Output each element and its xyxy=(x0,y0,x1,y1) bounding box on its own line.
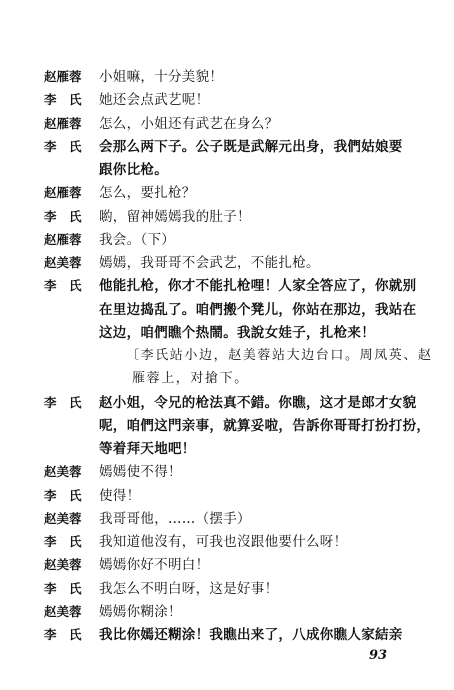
dialogue-text: 他能扎枪，你才不能扎枪哩！人家全答应了，你就别 xyxy=(99,275,416,297)
dialogue-text: 这边，咱們瞧个热鬧。我說女娃子，扎枪来！ xyxy=(99,322,375,344)
speaker-name: 赵雁蓉 xyxy=(44,229,94,251)
dialogue-text: 等着拜天地吧！ xyxy=(99,438,196,460)
speaker-name: 李 氏 xyxy=(44,578,94,600)
dialogue-text: 喲，留神嫣嫣我的肚子！ xyxy=(99,206,251,228)
dialogue-text: 在里边捣乱了。咱們搬个凳儿，你站在那边，我站在 xyxy=(99,299,416,321)
speaker-name: 李 氏 xyxy=(44,392,94,414)
dialogue-text: 嫣嫣你好不明白！ xyxy=(99,554,209,576)
dialogue-text: 怎么，小姐还有武艺在身么？ xyxy=(99,113,278,135)
dialogue-text: 会那么两下子。公子既是武解元出身，我們姑娘要 xyxy=(99,136,403,158)
speaker-name: 李 氏 xyxy=(44,206,94,228)
script-page: 赵雁蓉 小姐嘛，十分美貌！ 李 氏 她还会点武艺呢！ 赵雁蓉 怎么，小姐还有武艺… xyxy=(0,0,454,690)
speaker-name: 赵美蓉 xyxy=(44,554,94,576)
dialogue-text: 怎么，要扎枪？ xyxy=(99,182,196,204)
dialogue-text: 嫣嫣，我哥哥不会武艺，不能扎枪。 xyxy=(99,252,320,274)
dialogue-text: 跟你比枪。 xyxy=(99,159,168,181)
speaker-name: 李 氏 xyxy=(44,624,94,646)
dialogue-text: 赵小姐，令兄的枪法真不錯。你瞧，这才是郎才女貌 xyxy=(99,392,416,414)
speaker-name: 赵美蓉 xyxy=(44,601,94,623)
speaker-name: 赵雁蓉 xyxy=(44,113,94,135)
speaker-name: 李 氏 xyxy=(44,275,94,297)
dialogue-text: 我比你嫣还糊涂！我瞧出来了，八成你瞧人家結亲 xyxy=(99,624,403,646)
stage-direction-text: 〔李氏站小边，赵美蓉站大边台口。周凤英、赵 xyxy=(126,345,433,367)
dialogue-text: 我哥哥他，……（摆手） xyxy=(99,508,251,530)
dialogue-text: 我知道他沒有，可我也沒跟他要什么呀！ xyxy=(99,531,347,553)
speaker-name: 李 氏 xyxy=(44,485,94,507)
speaker-name: 李 氏 xyxy=(44,531,94,553)
dialogue-text: 我会。（下） xyxy=(99,229,175,251)
dialogue-text: 呢，咱們这門亲事，就算妥啦，告訴你哥哥打扮打扮， xyxy=(99,415,430,437)
speaker-name: 赵美蓉 xyxy=(44,252,94,274)
dialogue-text: 我怎么不明白呀，这是好事！ xyxy=(99,578,278,600)
speaker-name: 赵美蓉 xyxy=(44,461,94,483)
speaker-name: 李 氏 xyxy=(44,89,94,111)
dialogue-text: 小姐嘛，十分美貌！ xyxy=(99,66,223,88)
speaker-name: 赵雁蓉 xyxy=(44,182,94,204)
dialogue-text: 嫣嫣使不得！ xyxy=(99,461,182,483)
speaker-name: 赵美蓉 xyxy=(44,508,94,530)
stage-direction-text: 雁蓉上，对搶下。 xyxy=(132,368,249,390)
dialogue-text: 使得！ xyxy=(99,485,140,507)
page-number: 93 xyxy=(369,648,387,663)
dialogue-text: 嫣嫣你糊涂！ xyxy=(99,601,182,623)
dialogue-text: 她还会点武艺呢！ xyxy=(99,89,209,111)
speaker-name: 赵雁蓉 xyxy=(44,66,94,88)
speaker-name: 李 氏 xyxy=(44,136,94,158)
